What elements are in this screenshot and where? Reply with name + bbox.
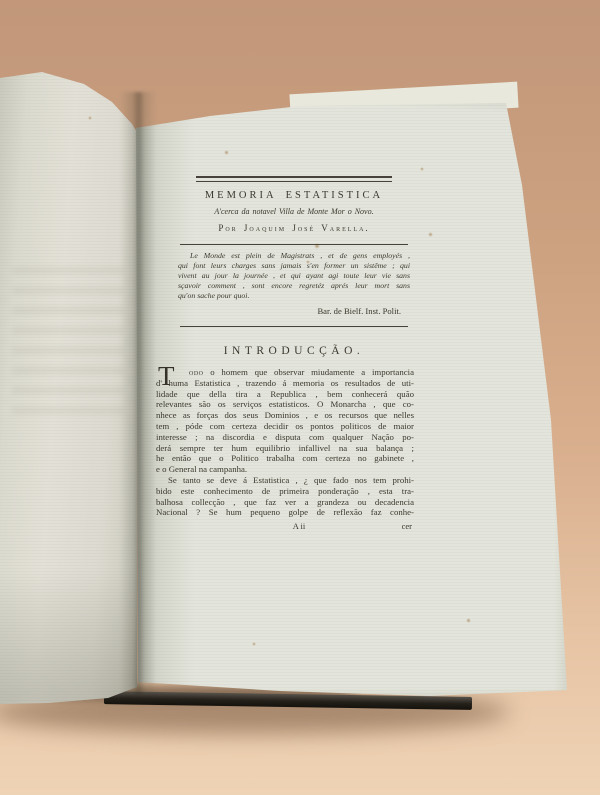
text-line: derá sempre ter hum equilibrio infallive… — [156, 443, 414, 454]
text-line-rest: o homem que observar miudamente a import… — [204, 367, 415, 377]
epigraph-attribution: Bar. de Bielf. Inst. Polit. — [165, 306, 423, 316]
page-footer: A ii cer — [156, 521, 414, 533]
text-line: Le Monde est plein de Magistrats , et de… — [178, 251, 410, 261]
foxing-spot — [466, 618, 471, 623]
paragraph-introduction-2: Se tanto se deve á Estatistica , ¿ que f… — [156, 475, 414, 518]
decorative-rule — [180, 326, 408, 327]
text-line: d' huma Estatistica , trazendo á memoria… — [156, 378, 414, 389]
book-gutter — [120, 92, 156, 694]
right-page: MEMORIA ESTATISTICA A'cerca da notavel V… — [130, 90, 570, 700]
page-title: MEMORIA ESTATISTICA — [165, 190, 423, 201]
epigraph: Le Monde est plein de Magistrats , et de… — [178, 251, 410, 301]
text-line: interesse ; na discordia e disputa com q… — [156, 432, 414, 443]
section-heading: INTRODUCÇÃO. — [165, 345, 423, 357]
paragraph-introduction-1: T odo o homem que observar miudamente a … — [156, 367, 414, 475]
decorative-double-rule — [196, 176, 392, 182]
signature-mark: A ii — [170, 521, 428, 531]
text-line: sçavoir comment , sont encore regretéz a… — [178, 281, 410, 291]
text-column: MEMORIA ESTATISTICA A'cerca da notavel V… — [156, 176, 414, 533]
book-photo: MEMORIA ESTATISTICA A'cerca da notavel V… — [0, 0, 600, 795]
small-caps-lead: odo — [189, 367, 204, 377]
foxing-spot — [88, 116, 92, 120]
show-through-smudge — [12, 267, 124, 417]
author-byline: Por Joaquim José Varella. — [165, 223, 423, 233]
text-line: Nacional ? Se hum pequeno golpe de refle… — [156, 507, 414, 518]
foxing-spot — [252, 642, 256, 646]
left-page — [0, 62, 140, 710]
drop-cap: T — [158, 365, 175, 387]
text-line: e o General na campanha. — [156, 464, 414, 475]
foxing-spot — [420, 167, 424, 171]
page-subtitle: A'cerca da notavel Villa de Monte Mor o … — [165, 207, 423, 216]
text-line: Se tanto se deve á Estatistica , ¿ que f… — [156, 475, 414, 486]
text-line: balhosa collecção , que faz ver a grande… — [156, 497, 414, 508]
text-line: vivent au jour la journée , et qui ayant… — [178, 271, 410, 281]
text-line: qu'on sache pour quoi. — [178, 291, 410, 301]
decorative-rule — [180, 244, 408, 245]
text-line: qui font leurs charges sans jamais s'en … — [178, 261, 410, 271]
text-line: he então que o Politico trabalha com cer… — [156, 453, 414, 464]
text-line: lidade que della tira a Republica , bem … — [156, 389, 414, 400]
foxing-spot — [428, 232, 433, 237]
text-line: tem , póde com certeza decidir os pontos… — [156, 421, 414, 432]
text-line: relevantes são os serviços estatisticos.… — [156, 399, 414, 410]
text-line: odo o homem que observar miudamente a im… — [156, 367, 414, 378]
text-line: nhece as forças dos seus Dominios , e os… — [156, 410, 414, 421]
foxing-spot — [224, 150, 229, 155]
catchword: cer — [402, 521, 412, 531]
text-line: bido este conhecimento de primeira ponde… — [156, 486, 414, 497]
